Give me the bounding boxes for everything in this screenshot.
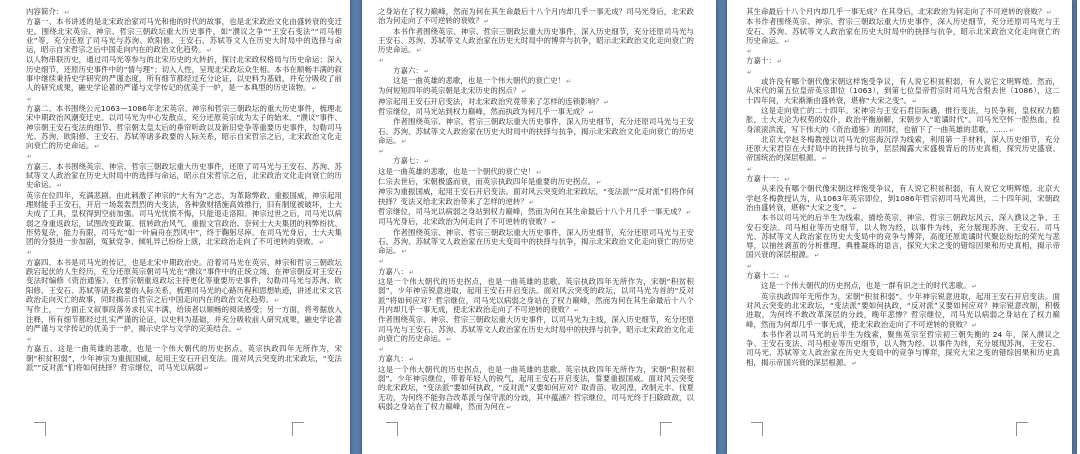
empty-paragraph: [26, 151, 342, 161]
paragraph: 方嘉一、本书讲述的是北宋政治家司马光和他的时代的故事，也是北宋政治文化由盛转衰的…: [26, 17, 342, 55]
paragraph: 写作上，一方面正文叙事段落务求扎实丰满，给读者以顺畅的阅读感受；另一方面，将考据…: [26, 305, 342, 334]
document-page-3[interactable]: 其生命最后十八个月内却几乎一事无成？在其身后，北宋政治为何走向了不可逆转的衰败？…: [727, 0, 1072, 454]
paragraph: 方嘉八：: [378, 267, 694, 277]
page-2-text[interactable]: 之身站在了权力巅峰，然而为何在其生命最后十八个月内却几乎一事无成？司马光身后，北…: [378, 7, 694, 412]
empty-paragraph: [26, 334, 342, 344]
page-1-text[interactable]: 内容简介：方嘉一、本书讲述的是北宋政治家司马光和他的时代的故事，也是北宋政治文化…: [26, 7, 342, 373]
paragraph: 这是一曲英雄的悲歌，也是一个伟大朝代的衰亡史！: [378, 76, 694, 86]
paragraph: 方嘉六：: [378, 66, 694, 76]
paragraph: 司马光身后，北宋政治为何走向了不可逆转的衰败？: [378, 217, 694, 227]
text-boundary-mark-bottom-left: [751, 422, 763, 436]
paragraph: 其生命最后十八个月内却几乎一事无成？在其身后，北宋政治为何走向了不可逆转的衰败？: [746, 7, 1060, 17]
paragraph: 神宗为重振国威，起用王安石开启变法。面对风云突变的北宋政坛，“变法派”“反对派”…: [378, 187, 694, 207]
document-page-1[interactable]: 内容简介：方嘉一、本书讲述的是北宋政治家司马光和他的时代的故事，也是北宋政治文化…: [0, 0, 350, 454]
paragraph: 方嘉二、本书围绕公元1063—1086年北宋英宗、神宗和哲宗三朝政坛的重大历史事…: [26, 104, 342, 151]
empty-paragraph: [746, 67, 1060, 77]
text-boundary-mark-bottom-left: [386, 422, 398, 436]
paragraph: 方嘉七：: [378, 156, 694, 166]
paragraph: 本书作者围绕英宗、神宗、哲宗三朝政坛重大历史事件，深入历史细节，充分还原司马光与…: [378, 27, 694, 56]
page-3-text[interactable]: 其生命最后十八个月内却几乎一事无成？在其身后，北宋政治为何走向了不可逆转的衰败？…: [746, 7, 1060, 368]
empty-paragraph: [746, 164, 1060, 174]
paragraph: 仁宗去世后，宋朝极盛而衰，而英宗执政四年是重要的历史拐点。: [378, 177, 694, 187]
empty-paragraph: [378, 344, 694, 354]
paragraph: 这是走向衰亡的二十四年。宋神宗与王安石君臣际遇，推行变法，与民争利，皇权权力膨胀…: [746, 106, 1060, 135]
paragraph: 本书以司马光的后半生为线索，描绘英宗、神宗、哲宗三朝政坛风云，深入濮议之争、王安…: [746, 213, 1060, 260]
empty-paragraph: [378, 55, 694, 65]
paragraph: 内容简介：: [26, 7, 342, 17]
text-boundary-mark-bottom-right: [1016, 422, 1028, 436]
empty-paragraph: [26, 94, 342, 104]
paragraph: 这是一个伟大朝代的历史拐点，也是一曲英雄的悲歌。英宗执政四年无所作为，宋朝“积贫…: [378, 365, 694, 412]
paragraph: 方嘉四、本书是司马光的传记，也是北宋中期政治史。沿着司马光在英宗、神宗和哲宗三朝…: [26, 258, 342, 305]
paragraph: 作者围绕英宗、神宗、哲宗三朝政坛重大历史事件，以司马光为主线，深入历史细节，充分…: [378, 315, 694, 344]
paragraph: 方嘉三、本书围绕英宗、神宗、哲宗三朝政坛重大历史事件，还原了司马光与王安石、苏洵…: [26, 162, 342, 191]
empty-paragraph: [378, 146, 694, 156]
paragraph: 方嘉九：: [378, 354, 694, 364]
paragraph: 神宗起用王安石开启变法，对北宋政治究竟带来了怎样的连锁影响？: [378, 97, 694, 107]
paragraph: 这是一个伟大朝代的历史拐点，也是一曲英雄的悲歌。英宗执政四年无所作为，宋朝“积贫…: [378, 277, 694, 315]
paragraph: 或许没有哪个朝代像宋朝这样饱受争议，有人说它积贫积弱，有人说它文明辉煌。然而，从…: [746, 77, 1060, 106]
paragraph: 作者围绕英宗、神宗、哲宗三朝政坛重大历史事件，深入历史细节，充分还原司马光与王安…: [378, 228, 694, 257]
paragraph: 这是一个伟大朝代的历史拐点，也是一群有识之士的时代悲歌。: [746, 281, 1060, 291]
document-canvas: 内容简介：方嘉一、本书讲述的是北宋政治家司马光和他的时代的故事，也是北宋政治文化…: [0, 0, 1080, 454]
document-page-2[interactable]: 之身站在了权力巅峰，然而为何在其生命最后十八个月内却几乎一事无成？司马光身后，北…: [362, 0, 716, 454]
paragraph: 英宗执政四年无所作为，宋朝“积贫积弱”。少年神宗锐意进取，起用王安石开启变法。面…: [746, 292, 1060, 330]
empty-paragraph: [378, 256, 694, 266]
paragraph: 从来没有哪个朝代像宋朝这样饱受争议，有人说它积贫积弱，有人说它文明辉煌。北京大学…: [746, 184, 1060, 213]
paragraph: 作者围绕英宗、神宗、哲宗三朝政坛重大历史事件，深入历史细节，充分还原司马光与王安…: [378, 117, 694, 146]
text-boundary-mark-bottom-left: [34, 422, 46, 436]
paragraph: 方嘉十二：: [746, 271, 1060, 281]
paragraph: 方嘉五、这是一曲英雄的悲歌，也是一个伟大朝代的历史拐点。英宗执政四年无所作为，宋…: [26, 344, 342, 373]
paragraph: 方嘉十一：: [746, 174, 1060, 184]
paragraph: 这是一曲英雄的悲歌，也是一个朝代的衰亡史！: [378, 167, 694, 177]
paragraph: 本书作者以司马光的后半生为线索，聚焦英宗至哲宗初三朝失衡的 24 年，深入濮议之…: [746, 330, 1060, 368]
paragraph: 之身站在了权力巅峰，然而为何在其生命最后十八个月内却几乎一事无成？司马光身后，北…: [378, 7, 694, 27]
paragraph: 以人物串联历史，通过司马光等参与的北宋历史的大转折，探讨北宋政权格局与历史命运；…: [26, 55, 342, 93]
empty-paragraph: [26, 247, 342, 257]
paragraph: 方嘉十：: [746, 56, 1060, 66]
empty-paragraph: [746, 261, 1060, 271]
empty-paragraph: [746, 46, 1060, 56]
paragraph: 英宗在位四年，充满悲剧。由此刺激了神宗的“大有为”之志，为革除弊政、重振国威，神…: [26, 191, 342, 248]
paragraph: 本书作者围绕英宗、神宗、哲宗三朝政坛重大历史事件，深入历史细节，充分还原司马光与…: [746, 17, 1060, 46]
text-boundary-mark-bottom-right: [660, 422, 672, 436]
paragraph: 哲宗继位，司马光以病弱之身站到权力巅峰，然而为何在其生命最后十八个月几乎一事无成…: [378, 207, 694, 217]
paragraph: 北京大学赵冬梅教授以司马光的宦海沉浮为线索，利用第一手材料，深入历史细节，充分还…: [746, 135, 1060, 164]
paragraph: 为何短短四年的英宗朝是北宋历史的拐点？: [378, 86, 694, 96]
text-boundary-mark-bottom-right: [292, 422, 304, 436]
paragraph: 哲宗继位，司马光站到权力巅峰，然而执政为何几乎一事无成？: [378, 107, 694, 117]
